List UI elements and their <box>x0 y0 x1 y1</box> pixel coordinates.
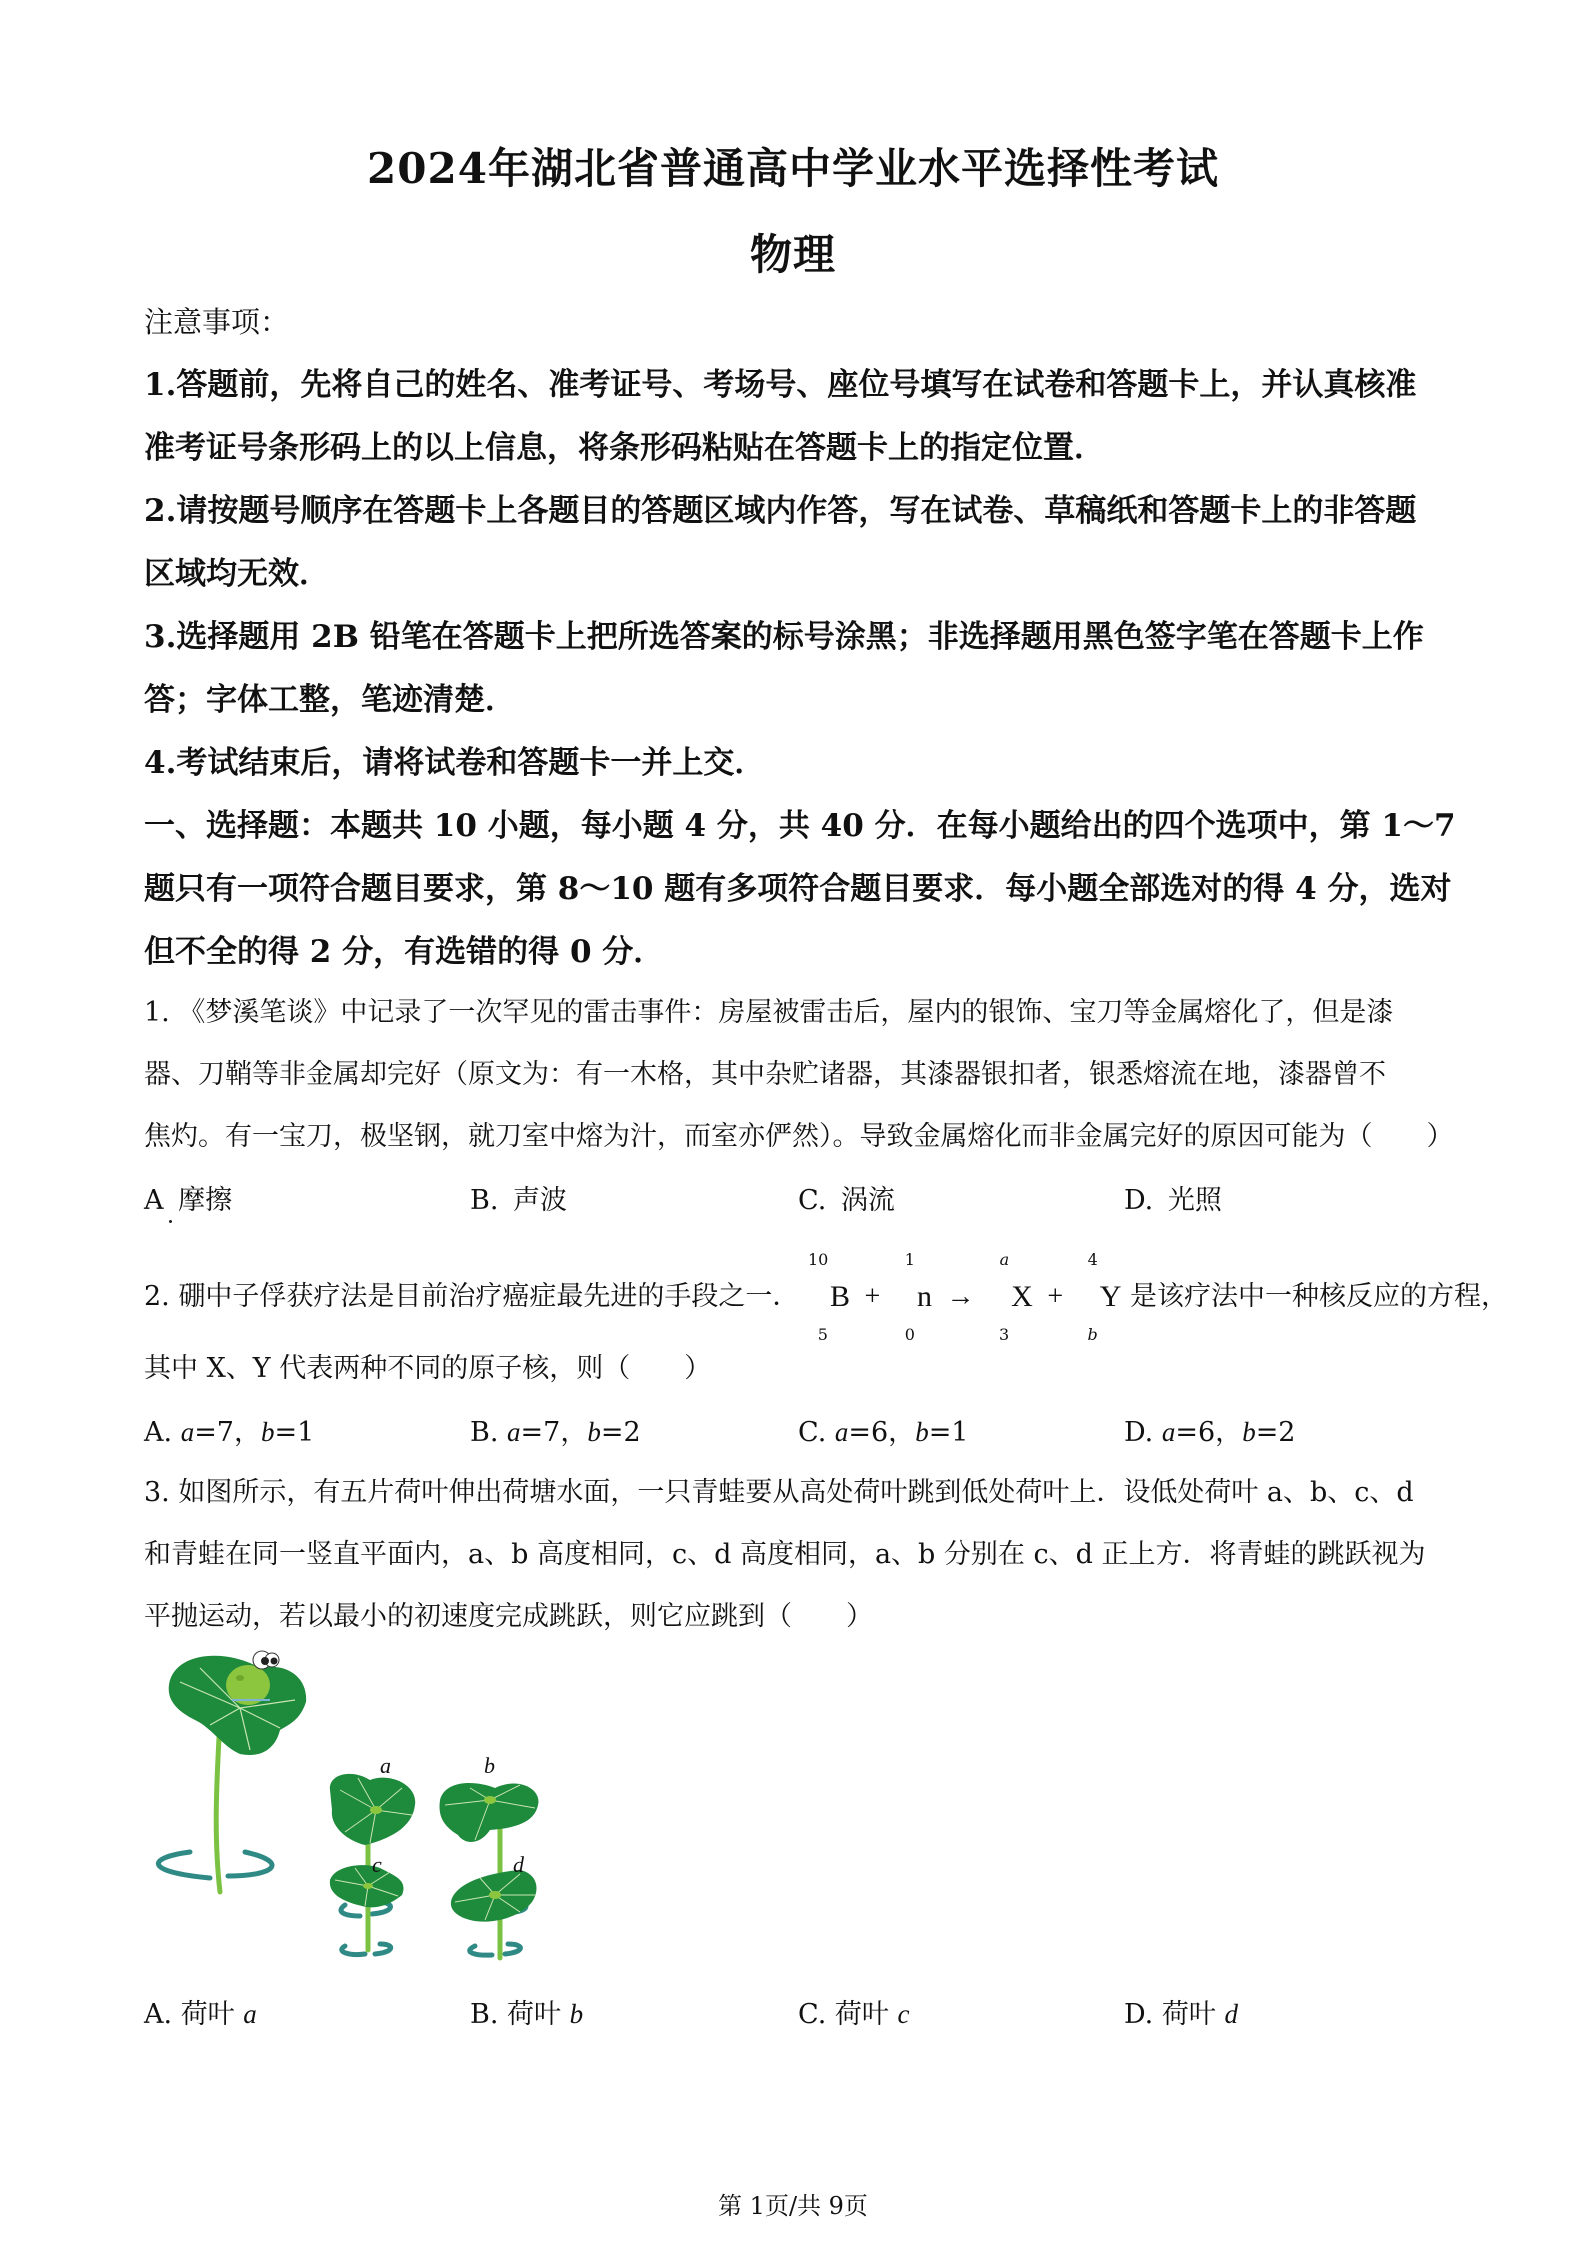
q1-option-b[interactable]: B. 声波 <box>470 1178 567 1217</box>
nuclide-neutron: 10n <box>895 1262 932 1333</box>
reaction-arrow-icon: → <box>947 1262 975 1332</box>
notice-item-3-line-2: 答；字体工整，笔迹清楚． <box>144 668 1454 732</box>
question-2-options: A. a=7，b=1 B. a=7，b=2 C. a=6，b=1 D. a=6，… <box>144 1410 1464 1450</box>
label-d: d <box>513 1852 525 1877</box>
q3-option-c[interactable]: C. 荷叶 c <box>798 1992 909 2031</box>
question-1-line-2: 器、刀鞘等非金属却完好（原文为：有一木格，其中杂贮诸器，其漆器银扣者，银悉熔流在… <box>144 1044 1454 1106</box>
page-number-footer: 第 1页/共 9页 <box>0 2186 1586 2221</box>
notice-item-1-line-1: 1.答题前，先将自己的姓名、准考证号、考场号、座位号填写在试卷和答题卡上，并认真… <box>144 353 1454 417</box>
label-a: a <box>380 1753 391 1778</box>
question-1-options: A 摩擦 B. 声波 C. 涡流 D. 光照 <box>144 1178 1464 1218</box>
q2-option-d[interactable]: D. a=6，b=2 <box>1124 1410 1296 1449</box>
nuclide-boron-10: 105B <box>808 1262 850 1333</box>
lotus-frog-figure: a b c d <box>140 1640 560 1980</box>
section-instructions-line-3: 但不全的得 2 分，有选错的得 0 分． <box>144 920 1454 984</box>
question-2-line-2: 其中 X、Y 代表两种不同的原子核，则（ ） <box>144 1338 1454 1400</box>
lotus-leaf-b <box>440 1783 539 1842</box>
q1-option-d[interactable]: D. 光照 <box>1124 1178 1222 1217</box>
q1-option-c[interactable]: C. 涡流 <box>798 1178 895 1217</box>
exam-subject: 物理 <box>0 222 1586 282</box>
nuclide-y: 4bY <box>1078 1262 1122 1333</box>
exam-page: 2024年湖北省普通高中学业水平选择性考试 物理 注意事项： 1.答题前，先将自… <box>0 0 1586 2244</box>
question-1-line-1: 1. 《梦溪笔谈》中记录了一次罕见的雷击事件：房屋被雷击后，屋内的银饰、宝刀等金… <box>144 982 1454 1044</box>
notice-item-1-line-2: 准考证号条形码上的以上信息，将条形码粘贴在答题卡上的指定位置． <box>144 416 1454 480</box>
q3-option-a[interactable]: A. 荷叶 a <box>144 1992 257 2031</box>
stray-dot <box>169 1220 172 1223</box>
q2-option-b[interactable]: B. a=7，b=2 <box>470 1410 641 1449</box>
notice-heading: 注意事项： <box>144 290 1454 354</box>
nuclide-x: a3X <box>989 1262 1033 1333</box>
notice-item-2-line-2: 区域均无效． <box>144 542 1454 606</box>
notice-item-3-line-1: 3.选择题用 2B 铅笔在答题卡上把所选答案的标号涂黑；非选择题用黑色签字笔在答… <box>144 605 1454 669</box>
question-3-line-3: 平抛运动，若以最小的初速度完成跳跃，则它应跳到（ ） <box>144 1586 1454 1648</box>
q1-option-a[interactable]: A 摩擦 <box>144 1178 232 1217</box>
question-3-line-2: 和青蛙在同一竖直平面内，a、b 高度相同，c、d 高度相同，a、b 分别在 c、… <box>144 1524 1454 1586</box>
lotus-leaves-illustration: a b c d <box>140 1640 560 1980</box>
question-3-line-1: 3. 如图所示，有五片荷叶伸出荷塘水面，一只青蛙要从高处荷叶跳到低处荷叶上．设低… <box>144 1462 1454 1524</box>
question-3-options: A. 荷叶 a B. 荷叶 b C. 荷叶 c D. 荷叶 d <box>144 1992 1464 2032</box>
notice-item-4-line-1: 4.考试结束后，请将试卷和答题卡一并上交． <box>144 731 1454 795</box>
question-1-line-3: 焦灼。有一宝刀，极坚钢，就刀室中熔为汁，而室亦俨然）。导致金属熔化而非金属完好的… <box>144 1106 1454 1168</box>
notice-item-2-line-1: 2.请按题号顺序在答题卡上各题目的答题区域内作答，写在试卷、草稿纸和答题卡上的非… <box>144 479 1454 543</box>
section-instructions-line-1: 一、选择题：本题共 10 小题，每小题 4 分，共 40 分．在每小题给出的四个… <box>144 794 1454 858</box>
label-c: c <box>372 1852 382 1877</box>
q2-option-c[interactable]: C. a=6，b=1 <box>798 1410 969 1449</box>
section-instructions-line-2: 题只有一项符合题目要求，第 8～10 题有多项符合题目要求．每小题全部选对的得 … <box>144 857 1454 921</box>
q2-option-a[interactable]: A. a=7，b=1 <box>144 1410 314 1449</box>
q3-option-b[interactable]: B. 荷叶 b <box>470 1992 583 2031</box>
q3-option-d[interactable]: D. 荷叶 d <box>1124 1992 1238 2031</box>
exam-title: 2024年湖北省普通高中学业水平选择性考试 <box>0 136 1586 196</box>
question-2-line-1: 2. 硼中子俘获疗法是目前治疗癌症最先进的手段之一． 105B + 10n → … <box>144 1262 1454 1333</box>
label-b: b <box>484 1753 495 1778</box>
